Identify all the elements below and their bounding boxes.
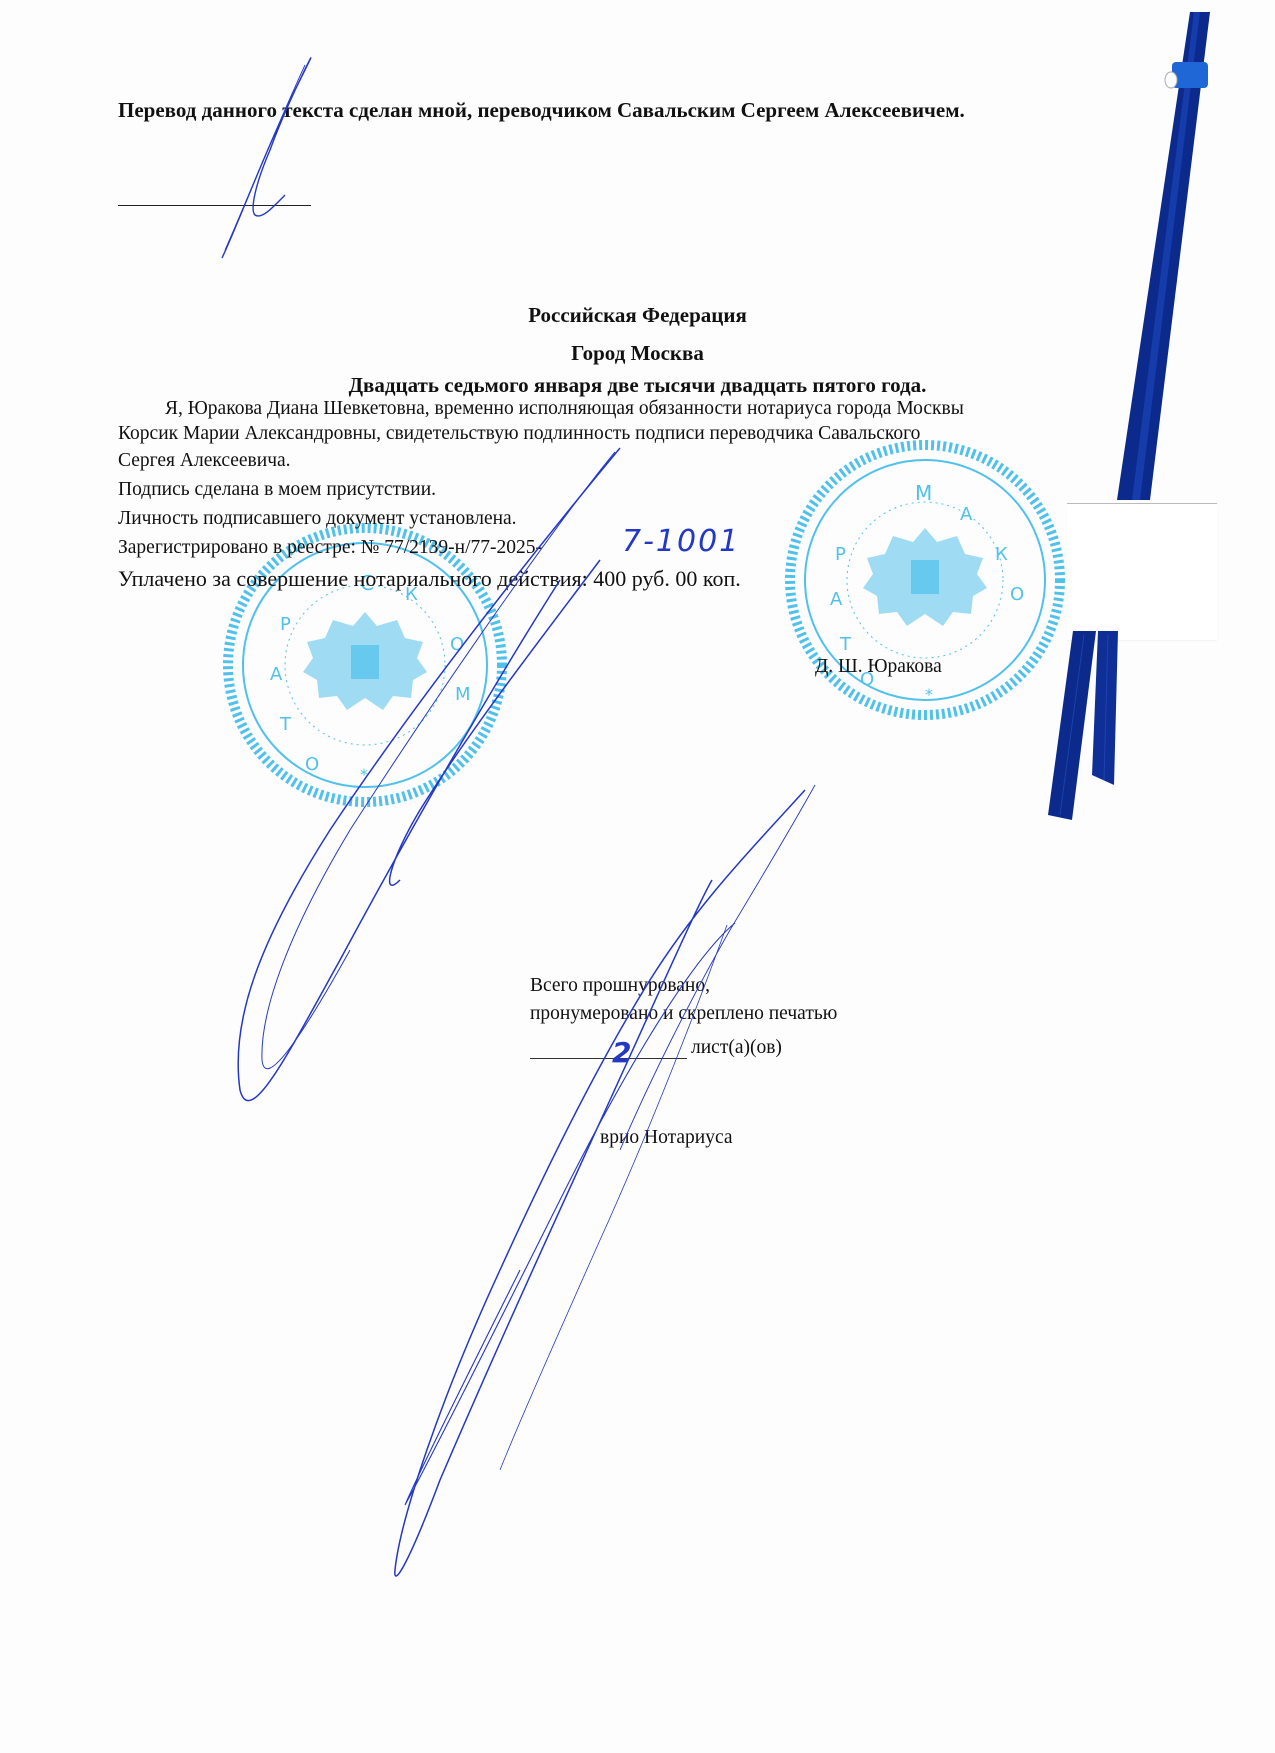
translator-signature-line <box>118 205 311 206</box>
svg-text:О: О <box>305 754 319 775</box>
sealing-label <box>1067 503 1217 640</box>
svg-text:Т: Т <box>279 714 292 735</box>
svg-text:О: О <box>450 634 464 655</box>
signature-presence-statement: Подпись сделана в моем присутствии. <box>118 479 436 501</box>
fee-statement: Уплачено за совершение нотариального дей… <box>118 566 741 592</box>
binding-ribbon <box>1117 12 1210 500</box>
svg-text:А: А <box>830 589 843 610</box>
svg-text:*: * <box>360 765 368 784</box>
translator-signature <box>222 58 311 258</box>
identity-statement: Личность подписавшего документ установле… <box>118 508 517 530</box>
svg-text:Т: Т <box>839 634 852 655</box>
document-artwork: М А К О Р А Т О * С К О М Р А Т О * <box>0 0 1275 1753</box>
svg-text:Р: Р <box>280 614 291 635</box>
sheet-count-line <box>530 1058 687 1059</box>
svg-text:К: К <box>995 544 1008 565</box>
registry-number-label: Зарегистрировано в реестре: № 77/2139-н/… <box>118 537 542 559</box>
header-city: Город Москва <box>0 341 1275 366</box>
svg-text:А: А <box>960 504 973 525</box>
svg-text:*: * <box>925 685 933 704</box>
certification-line-3: Сергея Алексеевича. <box>118 450 291 472</box>
sheet-count-handwritten: 2 <box>612 1036 631 1069</box>
notary-name: Д. Ш. Юракова <box>815 656 942 678</box>
binding-line-2: пронумеровано и скреплено печатью <box>530 1003 837 1025</box>
svg-text:М: М <box>915 481 932 505</box>
certification-line-2: Корсик Марии Александровны, свидетельств… <box>118 423 920 445</box>
binding-line-1: Всего прошнуровано, <box>530 975 710 997</box>
signatures-layer <box>0 0 1275 1753</box>
ribbon-ends <box>0 0 1275 1753</box>
header-date: Двадцать седьмого января две тысячи двад… <box>0 373 1275 398</box>
header-country: Российская Федерация <box>0 303 1275 328</box>
svg-text:Р: Р <box>835 544 846 565</box>
svg-text:О: О <box>1010 584 1024 605</box>
sheets-label: лист(а)(ов) <box>691 1037 782 1059</box>
certification-line-1: Я, Юракова Диана Шевкетовна, временно ис… <box>165 398 964 420</box>
svg-text:М: М <box>455 684 471 705</box>
translator-statement: Перевод данного текста сделан мной, пере… <box>118 98 965 123</box>
registry-handwritten-number: 7-1001 <box>622 524 740 559</box>
svg-text:А: А <box>270 664 283 685</box>
signatory-title: врио Нотариуса <box>600 1127 733 1149</box>
binding-ribbon-ends <box>1048 631 1118 820</box>
